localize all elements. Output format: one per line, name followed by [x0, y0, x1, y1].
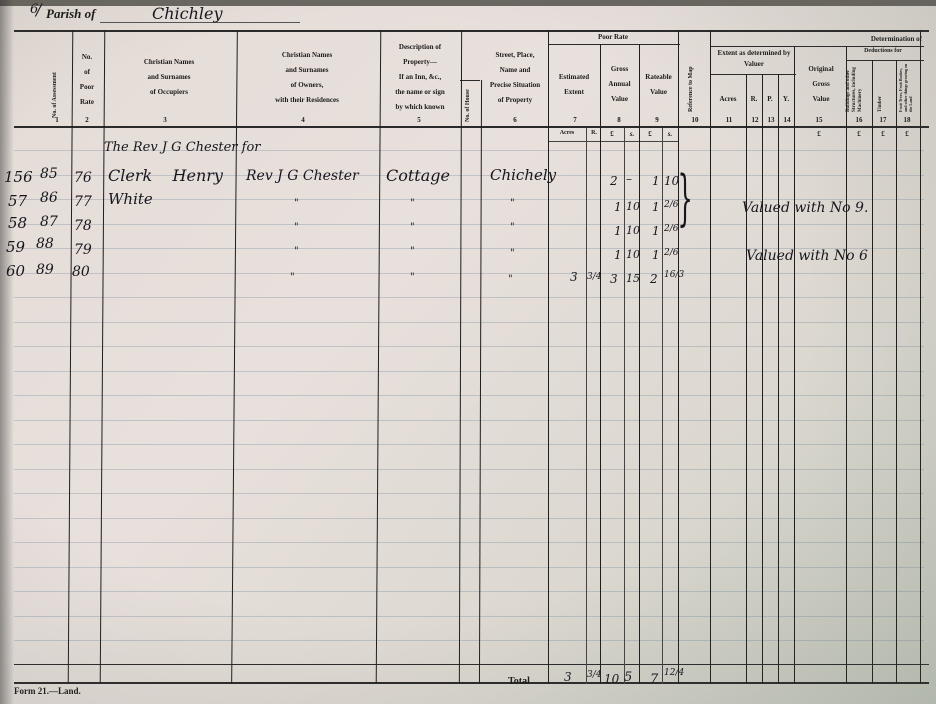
ruled-line: [14, 322, 924, 323]
col-divider-2: [100, 30, 106, 684]
unit-acres: Acres: [552, 130, 582, 136]
header-col-10: Reference to Map: [688, 66, 694, 112]
occupier-name: White: [108, 190, 153, 208]
total-rate-shillings: 12/4: [664, 668, 684, 678]
ruled-line: [14, 591, 924, 592]
ruled-line: [14, 518, 924, 519]
col-num-1: 1: [52, 116, 62, 124]
header-col-6: Street, Place,Name andPrecise Situationo…: [482, 48, 548, 108]
ruled-line: [14, 420, 924, 421]
col-num-8: 8: [614, 116, 624, 124]
rate-shillings: 2/6: [664, 224, 678, 234]
col-9-sub: [662, 128, 663, 684]
header-poor-rate: Poor Rate: [548, 30, 678, 45]
header-col-7: EstimatedExtent: [548, 70, 600, 100]
total-gross-shillings: 5: [624, 670, 632, 685]
rate-pounds: 1: [652, 200, 660, 214]
ruled-line: [14, 444, 924, 445]
col-divider-3: [231, 30, 238, 684]
col-num-2: 2: [82, 116, 92, 124]
col-divider-9: [678, 30, 679, 684]
ruled-line: [14, 640, 924, 641]
ruled-line: [14, 395, 924, 396]
rate-pounds: 1: [652, 224, 660, 238]
header-determination: Determination of: [858, 32, 922, 47]
unit-c17-pound: £: [876, 130, 890, 138]
header-col-13: P.: [762, 92, 778, 107]
ledger-page: 6 / Parish of Chichley No. of Assessment…: [0, 0, 936, 704]
gross-pounds: 1: [614, 224, 622, 238]
col-divider-6: [548, 30, 549, 684]
col-divider-house: [479, 80, 482, 684]
col-7-sub: [586, 128, 587, 684]
col-num-10: 10: [688, 116, 702, 124]
situation-ditto: ": [510, 198, 515, 209]
slash-mark: /: [36, 0, 41, 19]
description-ditto: ": [410, 246, 415, 257]
col-num-17: 17: [876, 116, 890, 124]
col-divider-14: [794, 46, 795, 684]
occupier-name: Clerk Henry: [108, 166, 223, 185]
old-no: 86: [40, 190, 58, 206]
unit-rate-pound: £: [642, 130, 658, 138]
units-underline: [548, 141, 678, 142]
rate-shillings: 2/6: [664, 248, 678, 258]
col-divider-8: [639, 44, 640, 684]
parish-name: Chichley: [152, 4, 223, 23]
header-col-5: Description ofProperty—If an Inn, &c.,th…: [380, 40, 460, 115]
poor-rate-no: 79: [74, 242, 92, 258]
header-col-16: Buildings and other Structures, includin…: [846, 62, 864, 112]
col-divider-10: [710, 30, 711, 684]
rate-shillings: 16/3: [664, 270, 684, 280]
col-divider-12: [762, 74, 763, 684]
assessment-no: 57: [8, 192, 27, 210]
gross-shillings: 10: [626, 224, 640, 237]
page-top-edge: [0, 0, 936, 6]
assessment-no: 156: [4, 168, 33, 186]
header-col-8: GrossAnnualValue: [600, 62, 639, 107]
ruled-line: [14, 567, 924, 568]
rate-pounds: 1: [652, 248, 660, 262]
rate-pounds: 2: [650, 272, 658, 286]
gross-pounds: 1: [614, 248, 622, 262]
unit-rate-shilling: s.: [664, 130, 676, 138]
total-top-border: [14, 664, 929, 665]
col-divider-7: [600, 44, 601, 684]
old-no: 89: [36, 262, 54, 278]
ruled-line: [14, 493, 924, 494]
col-divider-1: [68, 30, 74, 684]
header-extent-valuer: Extent as determined by Valuer: [712, 48, 796, 70]
old-no: 85: [40, 166, 58, 182]
gross-shillings: 15: [626, 272, 640, 285]
unit-r: R.: [588, 130, 600, 136]
total-label: Total: [508, 676, 530, 687]
owner-ditto: ": [294, 222, 299, 233]
col-divider-15: [846, 46, 847, 684]
col-num-9: 9: [652, 116, 662, 124]
house-col-top: [460, 80, 480, 81]
col-divider-4: [376, 30, 382, 684]
col-num-3: 3: [160, 116, 170, 124]
note-valued-with-9: Valued with No 9.: [742, 200, 868, 216]
header-col-18: Fruit Trees, Fruit Bushes, and other thi…: [898, 62, 913, 112]
ruled-line: [14, 542, 924, 543]
total-acres: 3: [564, 670, 572, 684]
parish-label: Parish of: [46, 6, 95, 22]
situation: Chichely: [490, 166, 556, 184]
unit-c18-pound: £: [900, 130, 914, 138]
col-num-4: 4: [298, 116, 308, 124]
roods: 3/4: [587, 272, 601, 282]
description-ditto: ": [410, 222, 415, 233]
ruled-line: [14, 346, 924, 347]
unit-gross-shilling: s.: [626, 130, 638, 138]
rate-pounds: 1: [652, 174, 660, 188]
gross-shillings: 10: [626, 248, 640, 261]
rate-shillings: 2/6: [664, 200, 678, 210]
ruled-line: [14, 616, 924, 617]
deductions-underline: [846, 60, 924, 61]
col-num-15: 15: [812, 116, 826, 124]
gross-pounds: 1: [614, 200, 622, 214]
col-num-16: 16: [852, 116, 866, 124]
owner-ditto: ": [294, 198, 299, 209]
owner-ditto: ": [290, 272, 295, 283]
description-ditto: ": [410, 198, 415, 209]
binding-shadow: [0, 0, 14, 704]
col-num-11: 11: [722, 116, 736, 124]
ruled-line: [14, 469, 924, 470]
assessment-no: 58: [8, 214, 27, 232]
poor-rate-no: 77: [74, 194, 92, 210]
poor-rate-no: 78: [74, 218, 92, 234]
col-divider-5: [459, 30, 462, 684]
header-col-17: Timber: [878, 96, 883, 112]
unit-gross-pound: £: [604, 130, 620, 138]
description-ditto: ": [410, 272, 415, 283]
header-col-15: OriginalGrossValue: [796, 62, 846, 107]
gross-shillings: –: [626, 172, 632, 186]
col-divider-18: [920, 30, 921, 684]
header-house-no: No. of House: [465, 89, 471, 122]
extent-valuer-underline: [710, 74, 796, 75]
gross-pounds: 2: [610, 174, 618, 188]
col-divider-16: [872, 60, 873, 684]
header-col-9: RateableValue: [639, 70, 678, 100]
ruled-line: [14, 224, 924, 225]
form-label: Form 21.—Land.: [14, 686, 81, 696]
col-num-7: 7: [570, 116, 580, 124]
col-num-13: 13: [764, 116, 778, 124]
owner-name: Rev J G Chester: [246, 168, 359, 184]
description: Cottage: [386, 166, 450, 185]
col-divider-11: [746, 74, 747, 684]
owner-ditto: ": [294, 246, 299, 257]
header-col-11: Acres: [710, 92, 746, 107]
col-num-5: 5: [414, 116, 424, 124]
situation-ditto: ": [510, 222, 515, 233]
col-num-14: 14: [780, 116, 794, 124]
col-divider-13: [778, 74, 779, 684]
acres: 3: [570, 270, 578, 284]
total-gross-pounds: 10: [604, 672, 619, 686]
note-valued-with-6: Valued with No 6: [746, 248, 868, 264]
unit-c16-pound: £: [852, 130, 866, 138]
situation-ditto: ": [508, 274, 513, 285]
poor-rate-no: 80: [72, 264, 90, 280]
ruled-line: [14, 273, 924, 274]
header-col-14: Y.: [778, 92, 794, 107]
assessment-no: 59: [6, 238, 25, 256]
gross-shillings: 10: [626, 200, 640, 213]
header-col-4: Christian Namesand Surnamesof Owners,wit…: [236, 48, 378, 108]
grouping-brace: }: [677, 168, 692, 228]
header-bottom-border: [14, 126, 929, 128]
occupier-heading: The Rev J G Chester for: [104, 140, 261, 155]
old-no: 87: [40, 214, 58, 230]
poor-rate-no: 76: [74, 170, 92, 186]
total-rate-pounds: 7: [650, 672, 658, 687]
col-num-6: 6: [510, 116, 520, 124]
gross-pounds: 3: [610, 272, 618, 286]
header-deductions: Deductions for: [846, 48, 920, 54]
ruled-line: [14, 371, 924, 372]
table-top-border: [14, 30, 929, 32]
assessment-no: 60: [6, 262, 25, 280]
col-num-18: 18: [900, 116, 914, 124]
header-col-3: Christian Namesand Surnamesof Occupiers: [104, 55, 234, 100]
unit-c15-pound: £: [812, 130, 826, 138]
header-col-2: No.ofPoorRate: [72, 50, 102, 110]
old-no: 88: [36, 236, 54, 252]
col-8-sub: [624, 128, 625, 684]
situation-ditto: ": [510, 248, 515, 259]
ruled-line: [14, 297, 924, 298]
col-num-12: 12: [748, 116, 762, 124]
total-roods: 3/4: [587, 670, 601, 680]
col-divider-17: [896, 60, 897, 684]
header-col-1: No. of Assessment: [52, 72, 58, 118]
header-col-12: R.: [746, 92, 762, 107]
table-bottom-border: [14, 682, 929, 684]
